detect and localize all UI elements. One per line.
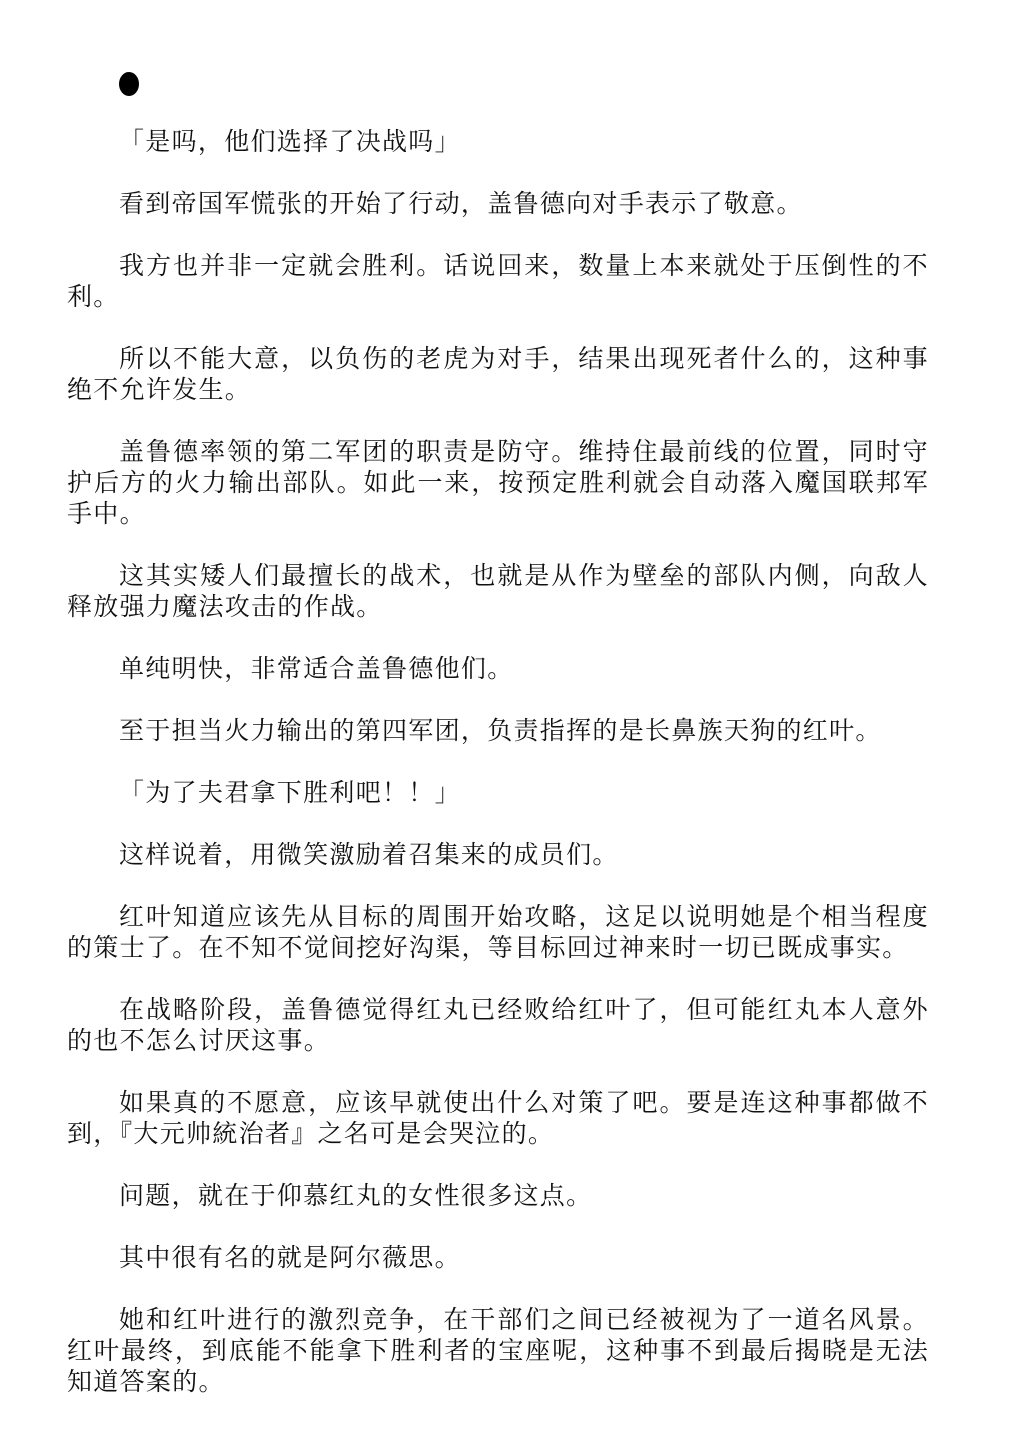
paragraph-dialogue-1: 「是吗，他们选择了决战吗」 (67, 126, 929, 157)
paragraph-dialogue-2: 「为了夫君拿下胜利吧！！」 (67, 777, 929, 808)
paragraph: 所以不能大意，以负伤的老虎为对手，结果出现死者什么的，这种事绝不允许发生。 (67, 343, 929, 405)
paragraph: 其中很有名的就是阿尔薇思。 (67, 1242, 929, 1273)
paragraph: 单纯明快，非常适合盖鲁德他们。 (67, 653, 929, 684)
paragraph: 盖鲁德率领的第二军团的职责是防守。维持住最前线的位置，同时守护后方的火力输出部队… (67, 436, 929, 529)
paragraph: 问题，就在于仰慕红丸的女性很多这点。 (67, 1180, 929, 1211)
paragraph: 如果真的不愿意，应该早就使出什么对策了吧。要是连这种事都做不到，『大元帅統治者』… (67, 1087, 929, 1149)
paragraph: 我方也并非一定就会胜利。话说回来，数量上本来就处于压倒性的不利。 (67, 250, 929, 312)
section-bullet-icon (119, 72, 139, 96)
paragraph: 这其实矮人们最擅长的战术，也就是从作为壁垒的部队内侧，向敌人释放强力魔法攻击的作… (67, 560, 929, 622)
paragraph: 至于担当火力输出的第四军团，负责指挥的是长鼻族天狗的红叶。 (67, 715, 929, 746)
paragraph: 看到帝国军慌张的开始了行动，盖鲁德向对手表示了敬意。 (67, 188, 929, 219)
paragraph: 红叶知道应该先从目标的周围开始攻略，这足以说明她是个相当程度的策士了。在不知不觉… (67, 901, 929, 963)
paragraph: 她和红叶进行的激烈竞争，在干部们之间已经被视为了一道名风景。红叶最终，到底能不能… (67, 1304, 929, 1397)
document-page: 「是吗，他们选择了决战吗」 看到帝国军慌张的开始了行动，盖鲁德向对手表示了敬意。… (67, 72, 929, 1428)
paragraph: 在战略阶段，盖鲁德觉得红丸已经败给红叶了，但可能红丸本人意外的也不怎么讨厌这事。 (67, 994, 929, 1056)
paragraph: 这样说着，用微笑激励着召集来的成员们。 (67, 839, 929, 870)
